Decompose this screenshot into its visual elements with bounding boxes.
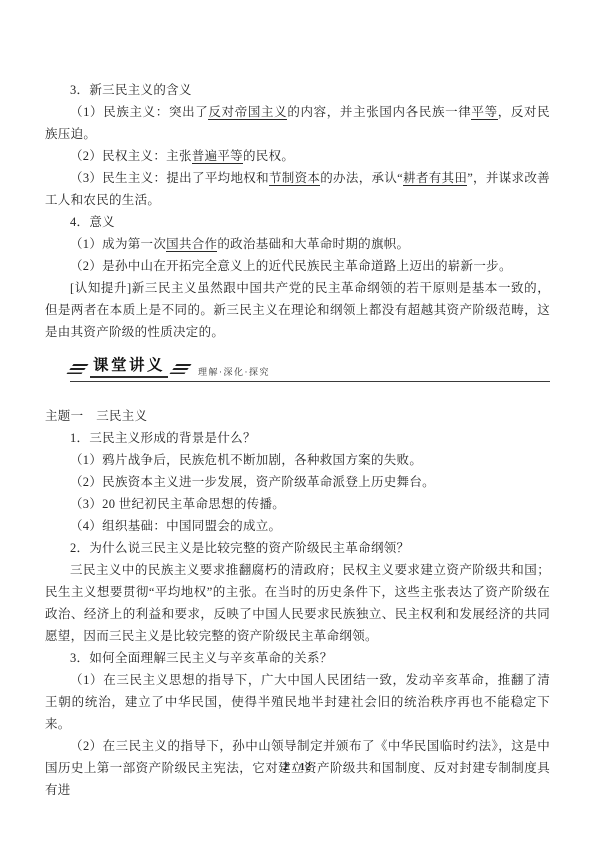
document-page: 3．新三民主义的含义（1）民族主义：突出了反对帝国主义的内容，并主张国内各民族一…: [0, 0, 595, 841]
banner-stripes-right-icon: [170, 364, 192, 374]
paragraph: （3）民生主义：提出了平均地权和节制资本的办法，承认“耕者有其田”，并谋求改善工…: [45, 167, 550, 211]
underlined-term: 耕者有其田: [403, 171, 467, 186]
paragraph: （1）民族主义：突出了反对帝国主义的内容，并主张国内各民族一律平等，反对民族压迫…: [45, 101, 550, 145]
text-run: 的办法，承认“: [320, 171, 403, 185]
text-run: [认知提升]新三民主义虽然跟中国共产党的民主革命纲领的若干原则是基本一致的，但是…: [45, 281, 550, 339]
text-run: （1）在三民主义思想的指导下，广大中国人民团结一致，发动辛亥革命，推翻了清王朝的…: [45, 673, 550, 731]
paragraph: 3．如何全面理解三民主义与辛亥革命的关系？: [45, 647, 550, 669]
paragraph: 4．意义: [45, 211, 550, 233]
paragraph: （1）在三民主义思想的指导下，广大中国人民团结一致，发动辛亥革命，推翻了清王朝的…: [45, 669, 550, 735]
underlined-term: 普遍平等: [192, 149, 243, 164]
underlined-term: 节制资本: [269, 171, 320, 186]
text-run: 的内容，并主张国内各民族一律: [287, 105, 471, 119]
text-run: （2）民族资本主义进一步发展，资产阶级革命派登上历史舞台。: [70, 475, 435, 489]
text-run: 主题一 三民主义: [45, 409, 147, 423]
text-run: 的政治基础和大革命时期的旗帜。: [217, 237, 409, 251]
text-run: （3）20 世纪初民主革命思想的传播。: [70, 497, 285, 511]
text-run: 的民权。: [243, 149, 294, 163]
paragraph: （2）民权主义：主张普遍平等的民权。: [45, 145, 550, 167]
text-run: （3）民生主义：提出了平均地权和: [70, 171, 269, 185]
text-run: 2．为什么说三民主义是比较完整的资产阶级民主革命纲领？: [70, 541, 409, 555]
paragraph: 1．三民主义形成的背景是什么？: [45, 427, 550, 449]
underlined-term: 国共合作: [166, 237, 217, 252]
paragraph: （2）是孙中山在开拓完全意义上的近代民族民主革命道路上迈出的崭新一步。: [45, 255, 550, 277]
paragraph: 2．为什么说三民主义是比较完整的资产阶级民主革命纲领？: [45, 537, 550, 559]
text-run: 三民主义中的民族主义要求推翻腐朽的清政府；民权主义要求建立资产阶级共和国；民生主…: [45, 563, 550, 643]
paragraph: （1）成为第一次国共合作的政治基础和大革命时期的旗帜。: [45, 233, 550, 255]
paragraph: [认知提升]新三民主义虽然跟中国共产党的民主革命纲领的若干原则是基本一致的，但是…: [45, 277, 550, 343]
text-run: 3．新三民主义的含义: [70, 83, 192, 97]
text-run: （1）鸦片战争后，民族危机不断加剧，各种救国方案的失败。: [70, 453, 422, 467]
paragraph: （2）民族资本主义进一步发展，资产阶级革命派登上历史舞台。: [45, 471, 550, 493]
text-run: 1．三民主义形成的背景是什么？: [70, 431, 256, 445]
banner-title: 课堂讲义: [90, 358, 168, 379]
banner-subtitle: 理解·深化·探究: [198, 365, 270, 378]
text-run: 4．意义: [70, 215, 115, 229]
underlined-term: 反对帝国主义: [208, 105, 287, 120]
paragraph: （4）组织基础：中国同盟会的成立。: [45, 515, 550, 537]
text-run: （1）民族主义：突出了: [70, 105, 208, 119]
text-run: （4）组织基础：中国同盟会的成立。: [70, 519, 281, 533]
section-classroom-handout: 主题一 三民主义1．三民主义形成的背景是什么？（1）鸦片战争后，民族危机不断加剧…: [45, 405, 550, 801]
text-run: 3．如何全面理解三民主义与辛亥革命的关系？: [70, 651, 333, 665]
paragraph: 三民主义中的民族主义要求推翻腐朽的清政府；民权主义要求建立资产阶级共和国；民生主…: [45, 559, 550, 647]
underlined-term: 平等: [471, 105, 497, 120]
paragraph: 主题一 三民主义: [45, 405, 550, 427]
banner-stripes-left-icon: [66, 364, 88, 374]
page-number: 2 / 12: [0, 762, 595, 773]
section-new-three-principles: 3．新三民主义的含义（1）民族主义：突出了反对帝国主义的内容，并主张国内各民族一…: [45, 79, 550, 343]
text-run: （1）成为第一次: [70, 237, 166, 251]
text-run: （2）民权主义：主张: [70, 149, 192, 163]
paragraph: （1）鸦片战争后，民族危机不断加剧，各种救国方案的失败。: [45, 449, 550, 471]
paragraph: （3）20 世纪初民主革命思想的传播。: [45, 493, 550, 515]
text-run: （2）是孙中山在开拓完全意义上的近代民族民主革命道路上迈出的崭新一步。: [70, 259, 512, 273]
paragraph: 3．新三民主义的含义: [45, 79, 550, 101]
lesson-notes-banner: 课堂讲义 理解·深化·探究: [70, 353, 550, 382]
document-content: 3．新三民主义的含义（1）民族主义：突出了反对帝国主义的内容，并主张国内各民族一…: [0, 0, 595, 801]
